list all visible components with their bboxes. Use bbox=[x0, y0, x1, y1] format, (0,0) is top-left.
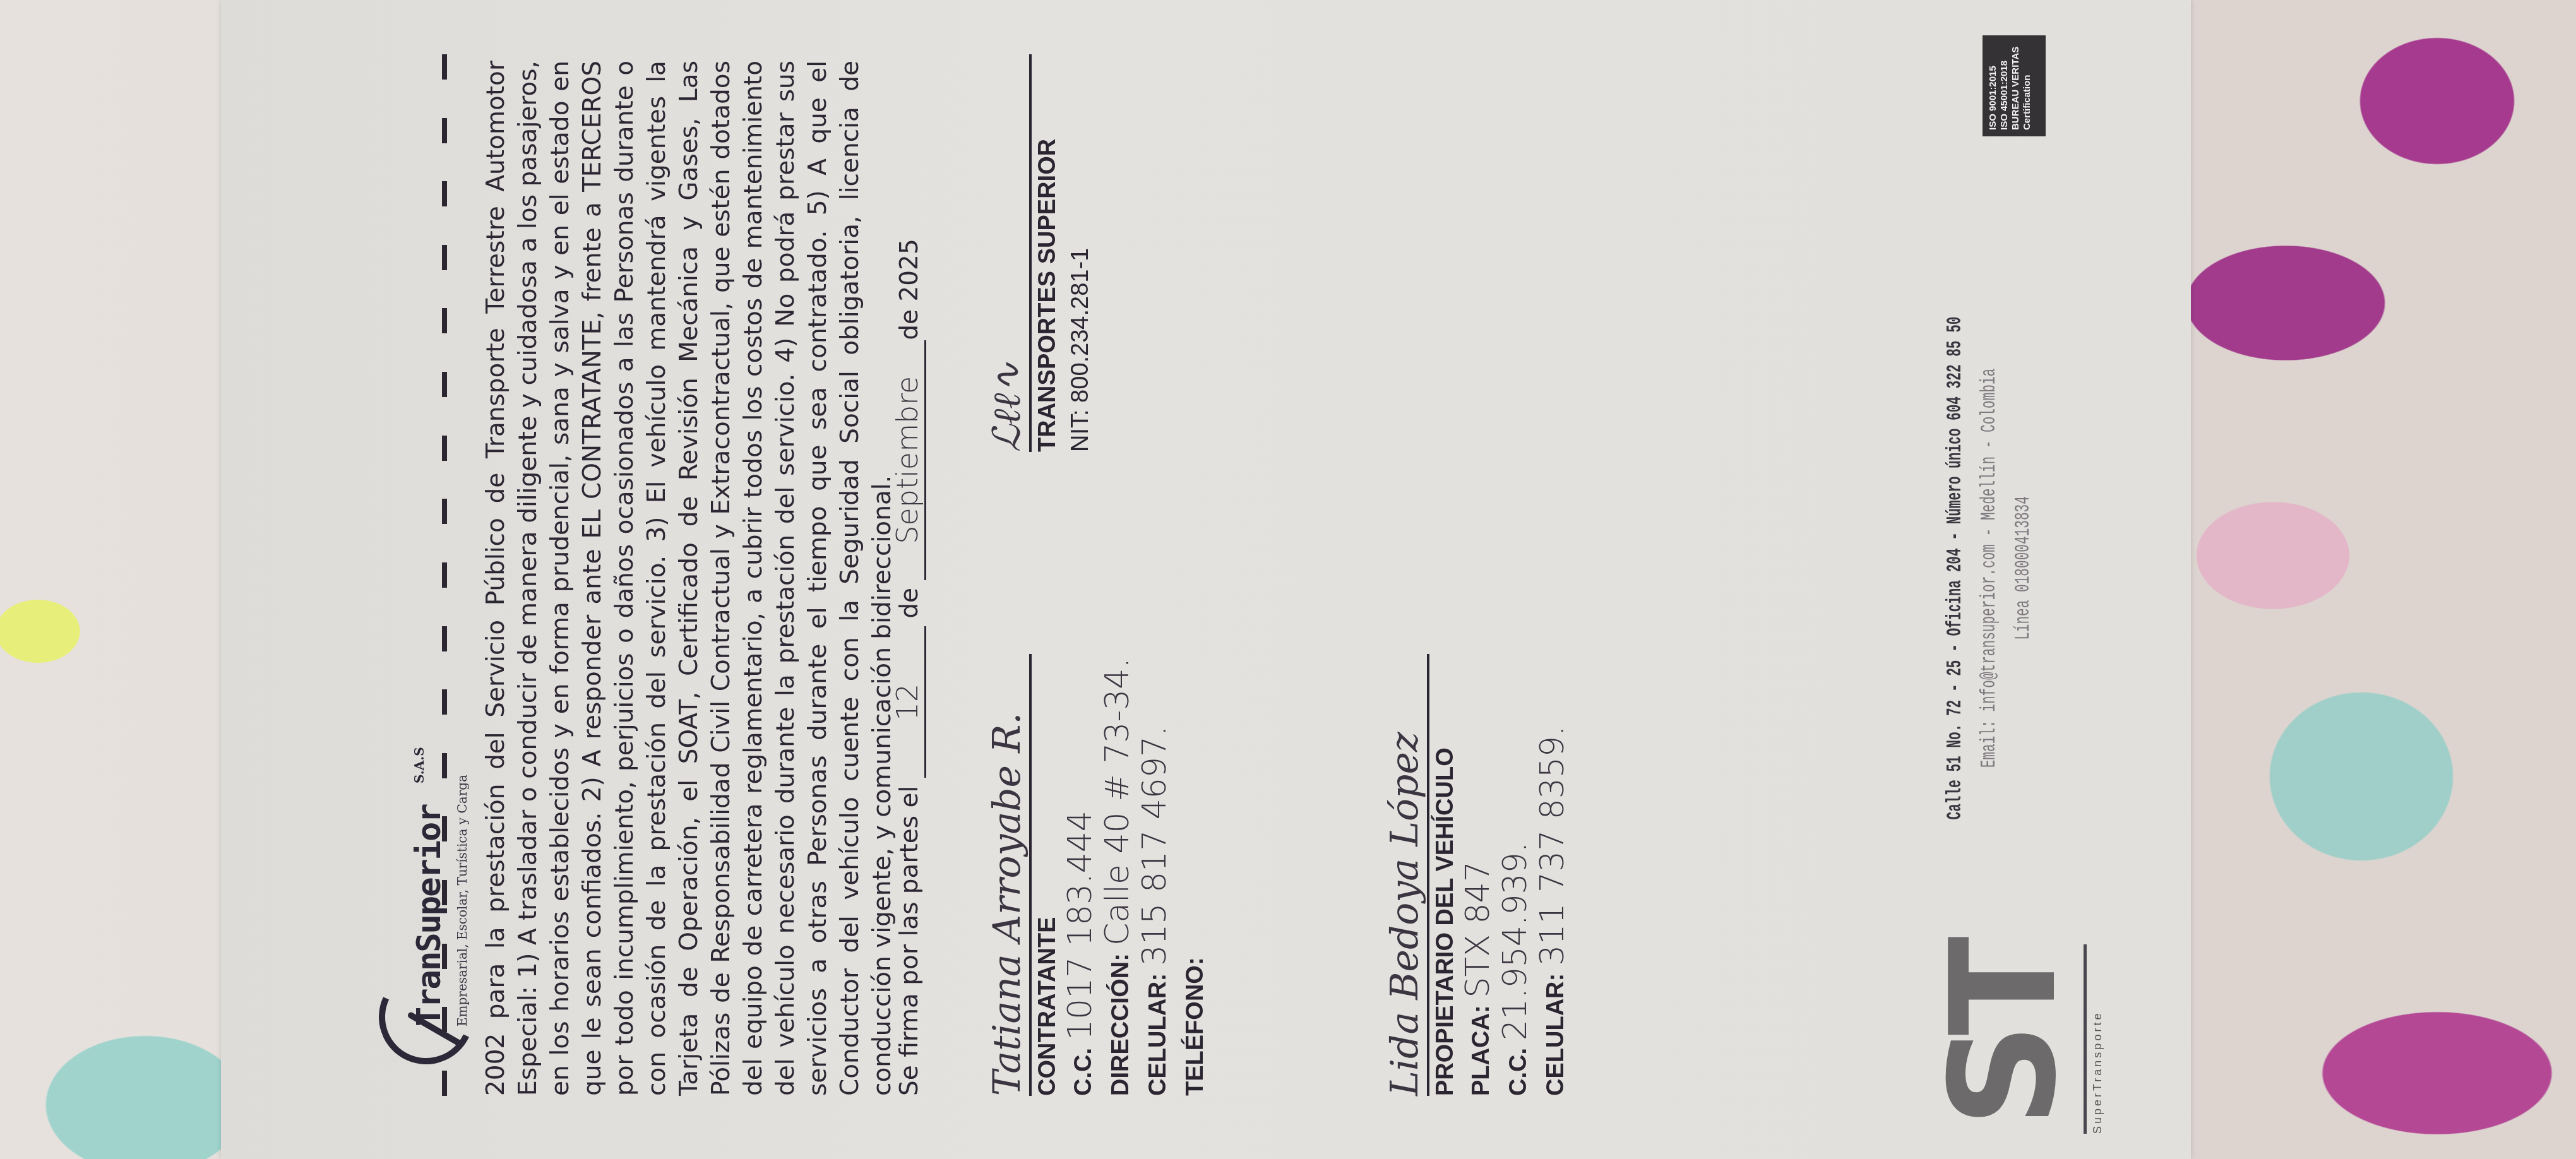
header-dashed-rule bbox=[436, 54, 455, 1096]
propietario-signature-block: Lida Bedoya López PROPIETARIO DEL VEHÍCU… bbox=[1383, 654, 1573, 1096]
contratante-direccion: DIRECCIÓN:Calle 40 # 73-34. bbox=[1100, 654, 1138, 1096]
company-suffix: S.A.S bbox=[412, 747, 427, 783]
propietario-cc: C.C.21.954.939. bbox=[1498, 654, 1535, 1096]
propietario-celular: CELULAR:311 737 8359. bbox=[1535, 654, 1573, 1096]
document-page: TranSuperior S.A.S Empresarial, Escolar,… bbox=[221, 0, 2191, 1159]
footer-email: Email: info@transuperior.com - Medellín … bbox=[1972, 255, 2007, 881]
signing-suffix: de 2025 bbox=[895, 239, 924, 340]
empresa-title: TRANSPORTES SUPERIOR bbox=[1032, 54, 1063, 452]
footer-contact: Calle 51 No. 72 - 25 - Oficina 204 - Núm… bbox=[1938, 255, 2041, 881]
fabric-background-right bbox=[2172, 0, 2576, 1159]
st-logo-rule bbox=[2084, 944, 2087, 1134]
transuperior-logo: TranSuperior S.A.S Empresarial, Escolar,… bbox=[366, 692, 474, 1071]
contratante-title: CONTRATANTE bbox=[1032, 654, 1063, 1096]
contratante-signature-block: Tatiana Arroyabe R. CONTRATANTE C.C.1017… bbox=[985, 654, 1212, 1096]
propietario-title: PROPIETARIO DEL VEHÍCULO bbox=[1429, 654, 1461, 1096]
propietario-signature: Lida Bedoya López bbox=[1383, 654, 1427, 1096]
empresa-nit: NIT: 800.234.281-1 bbox=[1063, 54, 1097, 452]
propietario-placa: PLACA:STX 847 bbox=[1461, 654, 1498, 1096]
iso-certification-badge: ISO 9001:2015 ISO 45001:2018 BUREAU VERI… bbox=[1983, 35, 2046, 136]
footer-line3: Línea 018000413834 bbox=[2007, 255, 2041, 881]
empresa-signature-block: ℒℓℓ∿ TRANSPORTES SUPERIOR NIT: 800.234.2… bbox=[985, 54, 1097, 452]
contract-clauses: 2002 para la prestación del Servicio Púb… bbox=[480, 61, 898, 1096]
contratante-telefono: TELÉFONO: bbox=[1175, 654, 1212, 1096]
contratante-signature: Tatiana Arroyabe R. bbox=[985, 654, 1029, 1096]
contratante-cc: C.C.1017 183.444 bbox=[1063, 654, 1100, 1096]
supertransporte-logo: ST SuperTransporte bbox=[1926, 906, 2115, 1134]
footer-address: Calle 51 No. 72 - 25 - Oficina 204 - Núm… bbox=[1938, 255, 1972, 881]
st-logo-caption: SuperTransporte bbox=[2091, 944, 2104, 1134]
st-logo-mark: ST bbox=[1932, 949, 2077, 1127]
company-tagline: Empresarial, Escolar, Turística y Carga bbox=[455, 775, 470, 1026]
contratante-celular: CELULAR:315 817 4697. bbox=[1138, 654, 1175, 1096]
empresa-signature-scribble: ℒℓℓ∿ bbox=[985, 54, 1029, 452]
signing-month-field: Septiembre bbox=[890, 340, 926, 580]
signing-connector: de bbox=[895, 588, 924, 619]
signing-date-line: Se firma por las partes el 12 de Septiem… bbox=[890, 61, 926, 1096]
signing-prefix: Se firma por las partes el bbox=[895, 786, 924, 1096]
signing-day-field: 12 bbox=[890, 626, 926, 778]
